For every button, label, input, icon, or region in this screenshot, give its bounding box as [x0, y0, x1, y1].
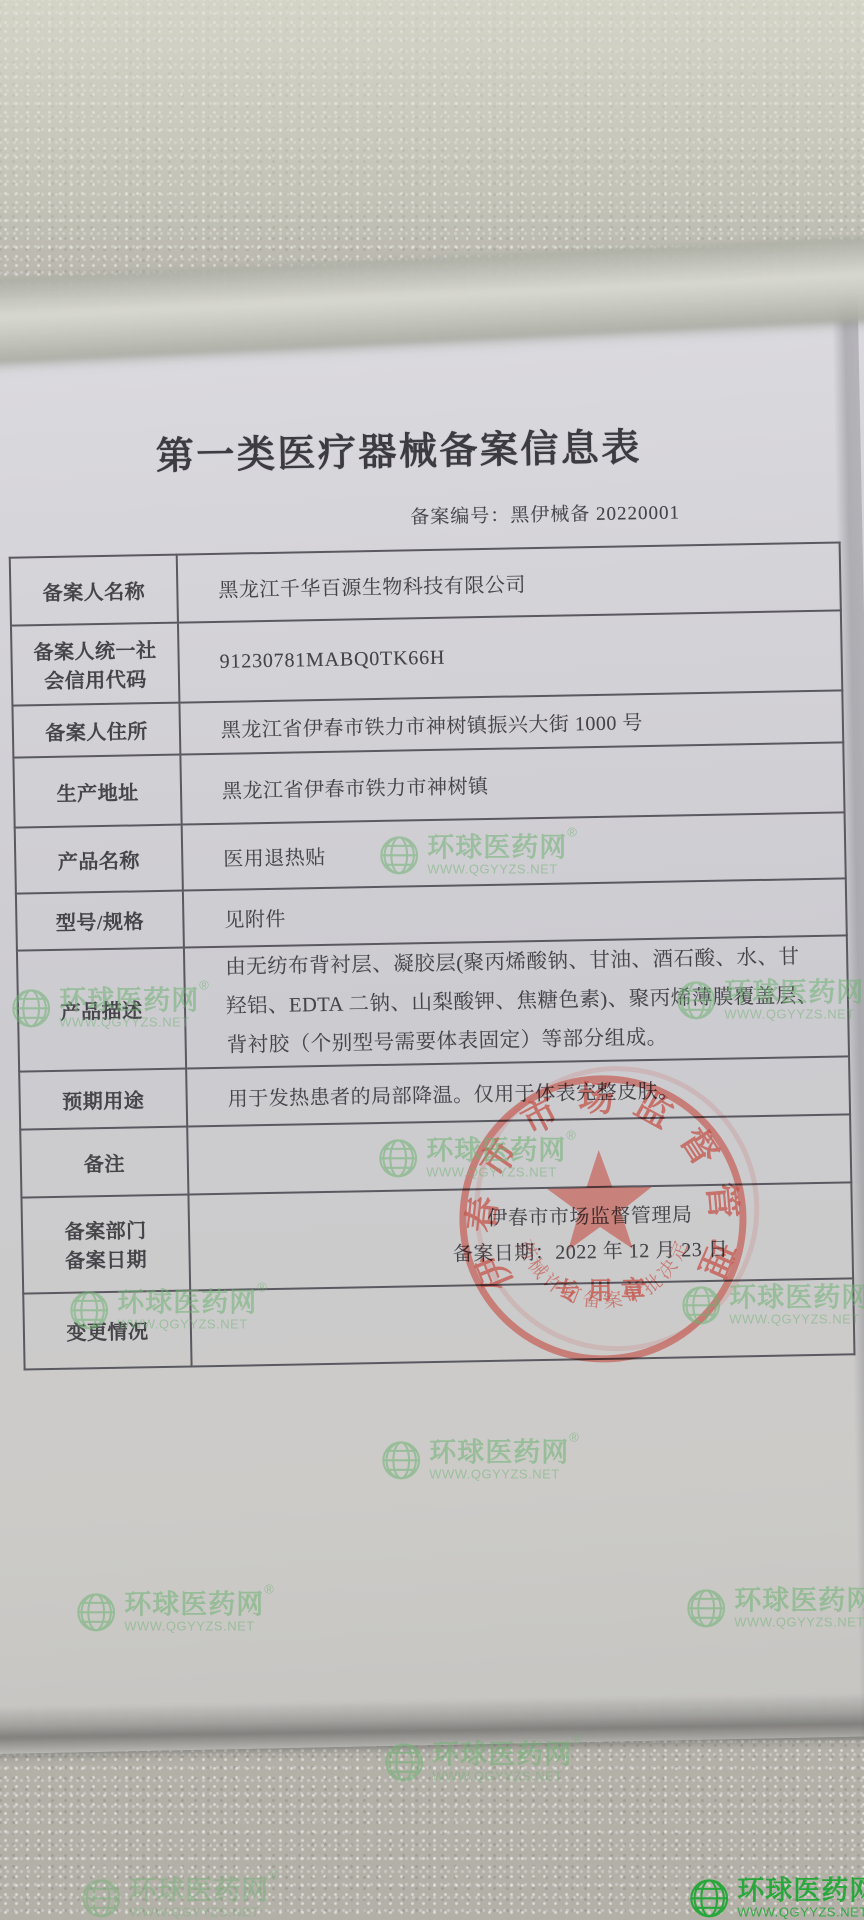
- registered-mark-icon: ®: [199, 977, 210, 992]
- watermark-brand: 环球医药网: [426, 1135, 566, 1165]
- globe-icon: [680, 1284, 722, 1326]
- watermark-brand: 环球医药网: [734, 1585, 864, 1615]
- filing-date-label: 备案日期: [24, 1243, 188, 1275]
- row-label-production-address: 生产地址: [13, 755, 181, 828]
- globe-icon: [380, 1439, 422, 1481]
- watermark-logo: 环球医药网® WWW.QGYYZS.NET: [675, 978, 864, 1021]
- watermark-logo: 环球医药网® WWW.QGYYZS.NET: [380, 1438, 580, 1481]
- watermark-logo: 环球医药网® WWW.QGYYZS.NET: [80, 1876, 280, 1919]
- row-value-credit-code: 91230781MABQ0TK66H: [178, 610, 842, 702]
- watermark-site: WWW.QGYYZS.NET: [724, 1007, 864, 1022]
- row-label-registrant-name: 备案人名称: [10, 555, 178, 626]
- watermark-site: WWW.QGYYZS.NET: [426, 1165, 577, 1180]
- registered-mark-icon: ®: [566, 1127, 577, 1142]
- registered-mark-icon: ®: [569, 1429, 580, 1444]
- watermark-logo: 环球医药网® WWW.QGYYZS.NET: [685, 1586, 864, 1629]
- watermark-logo: 环球医药网® WWW.QGYYZS.NET: [68, 1288, 268, 1331]
- watermark-site: WWW.QGYYZS.NET: [129, 1905, 280, 1920]
- seal-bottom-text: 专用章: [555, 1275, 655, 1306]
- watermark-logo: 环球医药网® WWW.QGYYZS.NET: [383, 1740, 583, 1783]
- watermark-brand: 环球医药网: [129, 1875, 269, 1905]
- globe-icon: [685, 1587, 727, 1629]
- globe-icon: [377, 1137, 419, 1179]
- globe-icon: [688, 1877, 730, 1919]
- registered-mark-icon: ®: [567, 824, 578, 839]
- watermark-site: WWW.QGYYZS.NET: [427, 862, 578, 877]
- registration-number: 备案编号：黑伊械备 20220001: [410, 497, 680, 529]
- row-label-credit-code: 备案人统一社 会信用代码: [11, 623, 179, 706]
- row-label-intended-use: 预期用途: [19, 1069, 187, 1130]
- globe-icon: [68, 1289, 110, 1331]
- watermark-logo: 环球医药网® WWW.QGYYZS.NET: [75, 1590, 275, 1633]
- credit-code-label-line1: 备案人统一社: [13, 634, 177, 666]
- registration-number-label: 备案编号：: [410, 505, 510, 528]
- watermark-site: WWW.QGYYZS.NET: [729, 1312, 864, 1327]
- row-label-remarks: 备注: [20, 1127, 188, 1198]
- official-seal: 伊春市市场监督管理局 药械许可备案审批决定 专用章: [432, 1044, 778, 1400]
- globe-icon: [80, 1877, 122, 1919]
- watermark-site: WWW.QGYYZS.NET: [432, 1769, 583, 1784]
- registered-mark-icon: ®: [572, 1731, 583, 1746]
- watermark-brand: 环球医药网: [124, 1589, 264, 1619]
- watermark-brand: 环球医药网: [724, 977, 864, 1007]
- watermark-logo: 环球医药网® WWW.QGYYZS.NET: [377, 1136, 577, 1179]
- watermark-site: WWW.QGYYZS.NET: [737, 1905, 864, 1920]
- watermark-brand: 环球医药网: [729, 1282, 864, 1312]
- watermark-brand: 环球医药网: [432, 1739, 572, 1769]
- row-value-registrant-name: 黑龙江千华百源生物科技有限公司: [177, 542, 841, 622]
- page-title: 第一类医疗器械备案信息表: [0, 413, 831, 484]
- watermark-logo: 环球医药网® WWW.QGYYZS.NET: [10, 986, 210, 1029]
- registered-mark-icon: ®: [264, 1581, 275, 1596]
- watermark-site: WWW.QGYYZS.NET: [117, 1317, 268, 1332]
- watermark-logo: 环球医药网® WWW.QGYYZS.NET: [378, 833, 578, 876]
- globe-icon: [378, 834, 420, 876]
- watermark-site: WWW.QGYYZS.NET: [124, 1619, 275, 1634]
- filing-dept-label: 备案部门: [24, 1214, 188, 1246]
- row-label-registrant-address: 备案人住所: [12, 703, 180, 758]
- globe-icon: [383, 1741, 425, 1783]
- globe-icon: [10, 987, 52, 1029]
- watermark-brand: 环球医药网: [427, 832, 567, 862]
- registered-mark-icon: ®: [257, 1279, 268, 1294]
- registration-number-value: 黑伊械备 20220001: [510, 502, 680, 526]
- watermark-logo: 环球医药网® WWW.QGYYZS.NET: [688, 1876, 864, 1919]
- globe-icon: [675, 979, 717, 1021]
- globe-icon: [75, 1591, 117, 1633]
- watermark-brand: 环球医药网: [429, 1437, 569, 1467]
- row-label-filing-dept-date: 备案部门 备案日期: [21, 1195, 190, 1294]
- watermark-site: WWW.QGYYZS.NET: [429, 1467, 580, 1482]
- credit-code-label-line2: 会信用代码: [14, 663, 178, 695]
- watermark-logo: 环球医药网® WWW.QGYYZS.NET: [680, 1283, 864, 1326]
- watermark-brand: 环球医药网: [59, 985, 199, 1015]
- table-row: 备案人统一社 会信用代码 91230781MABQ0TK66H: [11, 610, 842, 705]
- watermark-site: WWW.QGYYZS.NET: [59, 1015, 210, 1030]
- row-value-production-address: 黑龙江省伊春市铁力市神树镇: [180, 742, 844, 824]
- row-label-model-spec: 型号/规格: [16, 891, 184, 951]
- watermark-brand: 环球医药网: [117, 1287, 257, 1317]
- watermark-brand: 环球医药网: [737, 1875, 864, 1905]
- registered-mark-icon: ®: [269, 1867, 280, 1882]
- watermark-site: WWW.QGYYZS.NET: [734, 1615, 864, 1630]
- row-label-product-name: 产品名称: [15, 825, 183, 894]
